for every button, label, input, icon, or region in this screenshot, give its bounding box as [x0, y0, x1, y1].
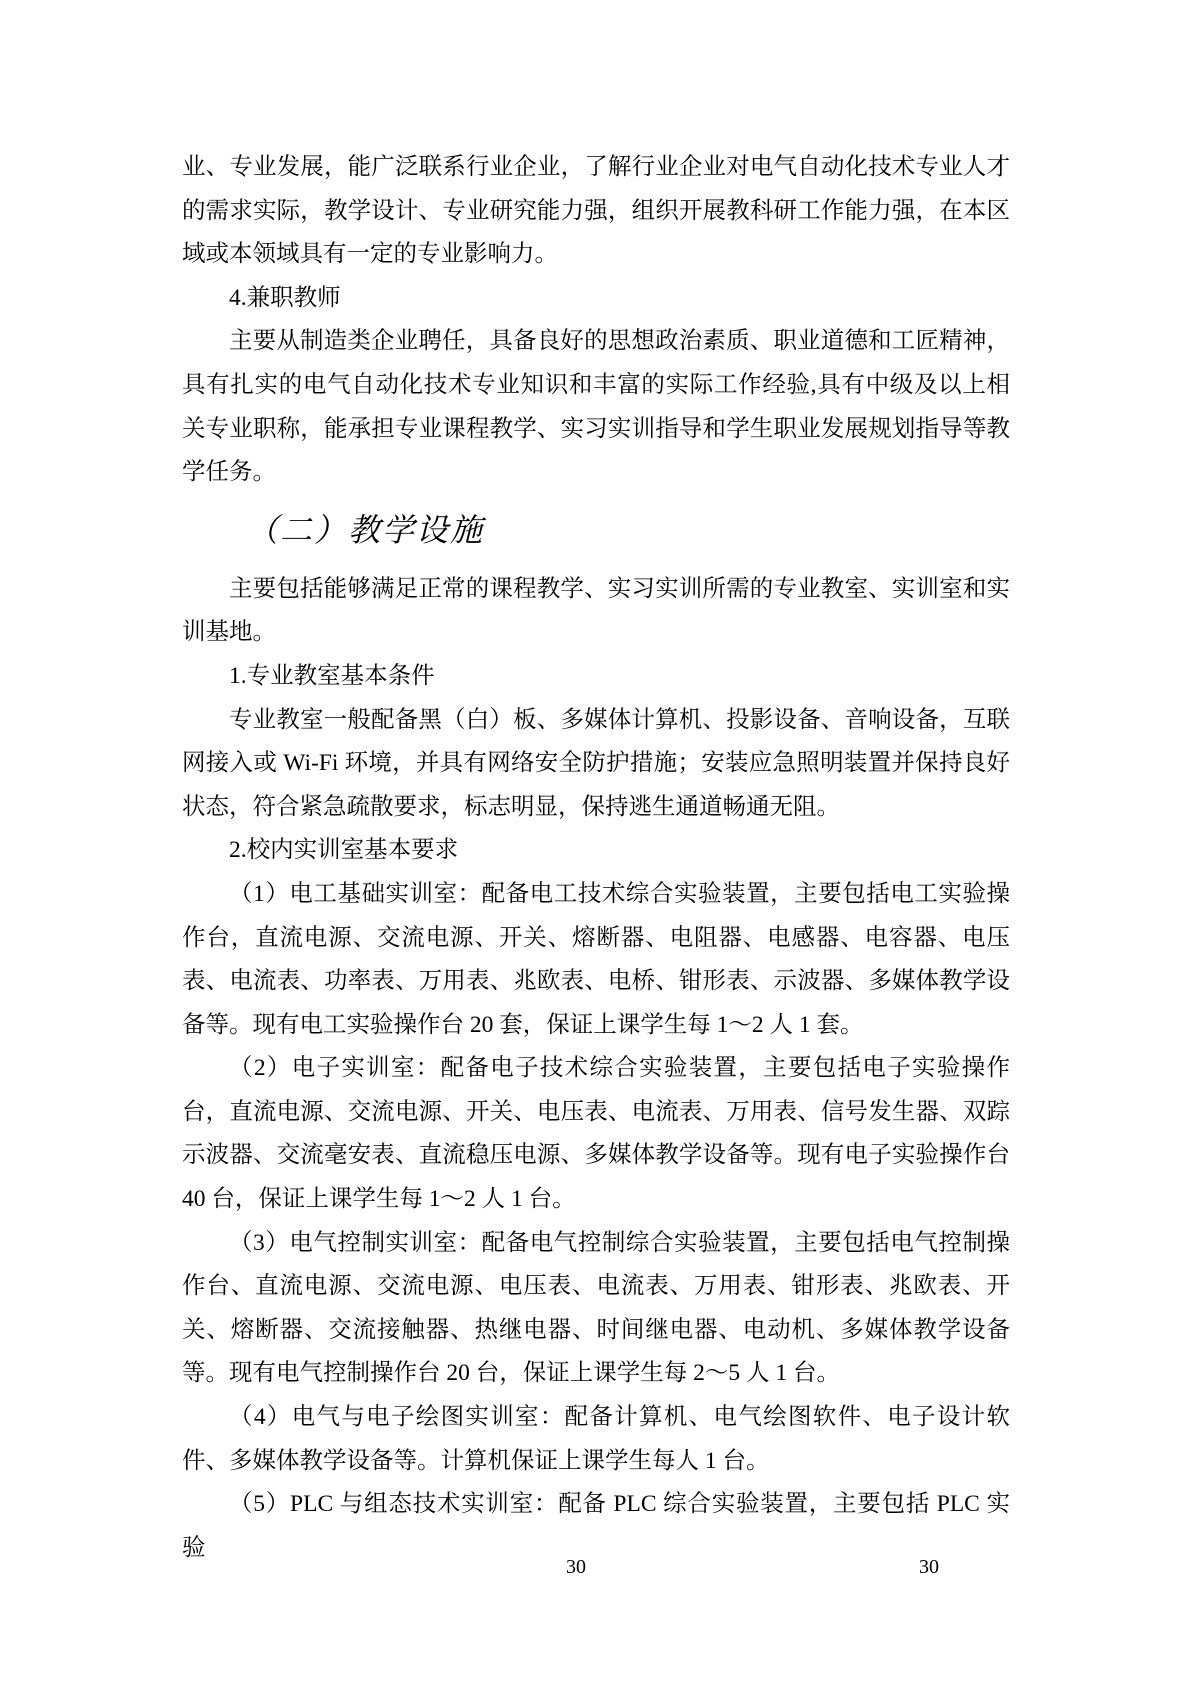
body-paragraph-room-5: （5）PLC 与组态技术实训室：配备 PLC 综合实验装置，主要包括 PLC 实…	[182, 1483, 1010, 1570]
page-number-right: 30	[919, 1555, 939, 1579]
section-heading: （二）教学设施	[182, 505, 1010, 555]
body-paragraph-item-1: 1.专业教室基本条件	[182, 655, 1010, 699]
body-paragraph-room-4: （4）电气与电子绘图实训室：配备计算机、电气绘图软件、电子设计软件、多媒体教学设…	[182, 1396, 1010, 1483]
body-paragraph-room-3: （3）电气控制实训室：配备电气控制综合实验装置，主要包括电气控制操作台、直流电源…	[182, 1222, 1010, 1396]
body-paragraph-item-4: 4.兼职教师	[182, 277, 1010, 321]
body-paragraph: 专业教室一般配备黑（白）板、多媒体计算机、投影设备、音响设备，互联网接入或 Wi…	[182, 699, 1010, 830]
page-number-left: 30	[566, 1555, 586, 1579]
body-paragraph: 主要包括能够满足正常的课程教学、实习实训所需的专业教室、实训室和实训基地。	[182, 568, 1010, 655]
document-page: 业、专业发展，能广泛联系行业企业，了解行业企业对电气自动化技术专业人才的需求实际…	[0, 0, 1191, 1684]
page-content: 业、专业发展，能广泛联系行业企业，了解行业企业对电气自动化技术专业人才的需求实际…	[182, 146, 1010, 1570]
body-paragraph-item-2: 2.校内实训室基本要求	[182, 829, 1010, 873]
body-paragraph-continuation: 业、专业发展，能广泛联系行业企业，了解行业企业对电气自动化技术专业人才的需求实际…	[182, 146, 1010, 277]
body-paragraph: 主要从制造类企业聘任，具备良好的思想政治素质、职业道德和工匠精神，具有扎实的电气…	[182, 320, 1010, 494]
body-paragraph-room-2: （2）电子实训室：配备电子技术综合实验装置，主要包括电子实验操作台，直流电源、交…	[182, 1047, 1010, 1221]
body-paragraph-room-1: （1）电工基础实训室：配备电工技术综合实验装置，主要包括电工实验操作台，直流电源…	[182, 873, 1010, 1047]
